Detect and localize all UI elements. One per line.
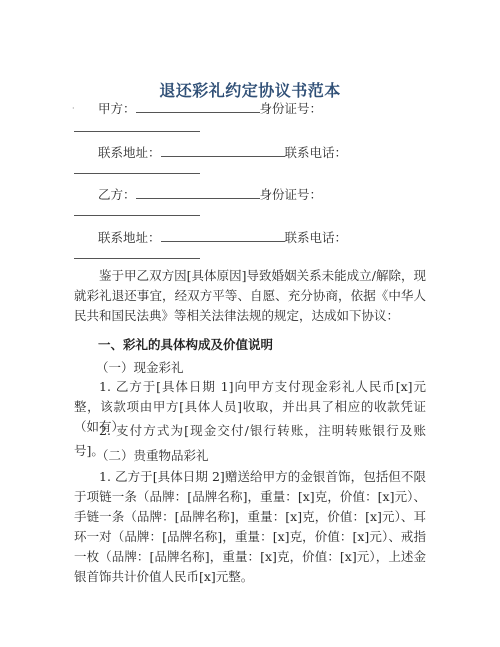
party-b-address-label: 联系地址： (98, 230, 161, 245)
valuables-item-1: 1. 乙方于[具体日期 2]赠送给甲方的金银首饰，包括但不限于项链一条（品牌：[… (74, 467, 426, 587)
party-a-row: 甲方：身份证号： (98, 100, 322, 117)
party-a-id-field[interactable] (74, 131, 200, 132)
party-a-name-field[interactable] (136, 100, 260, 113)
subsection-valuables-heading: （二）贵重物品彩礼 (96, 446, 209, 464)
party-a-phone-field[interactable] (74, 173, 200, 174)
party-b-address-field[interactable] (161, 229, 285, 242)
party-b-phone-label: 联系电话： (285, 230, 348, 245)
party-b-row: 乙方：身份证号： (98, 186, 322, 203)
party-b-contact-row: 联系地址：联系电话： (98, 229, 347, 246)
section-1-heading: 一、彩礼的具体构成及价值说明 (98, 335, 273, 353)
subsection-cash-heading: （一）现金彩礼 (96, 358, 184, 376)
party-b-id-label: 身份证号： (260, 187, 323, 202)
document-page: 退还彩礼约定协议书范本 · 甲方：身份证号： 联系地址：联系电话： 乙方：身份证… (0, 0, 500, 647)
document-title: 退还彩礼约定协议书范本 (0, 78, 500, 101)
party-b-name-field[interactable] (136, 186, 260, 199)
party-a-id-label: 身份证号： (260, 101, 323, 116)
bullet-mark: · (72, 104, 75, 113)
preamble-paragraph: 鉴于甲乙双方因[具体原因]导致婚姻关系未能成立/解除，现就彩礼退还事宜，经双方平… (74, 266, 426, 326)
party-a-label: 甲方： (98, 101, 136, 116)
party-a-contact-row: 联系地址：联系电话： (98, 144, 347, 161)
party-b-id-field[interactable] (74, 215, 200, 216)
party-a-address-field[interactable] (161, 144, 285, 157)
party-b-label: 乙方： (98, 187, 136, 202)
party-a-phone-label: 联系电话： (285, 145, 348, 160)
party-a-address-label: 联系地址： (98, 145, 161, 160)
party-b-phone-field[interactable] (74, 258, 200, 259)
